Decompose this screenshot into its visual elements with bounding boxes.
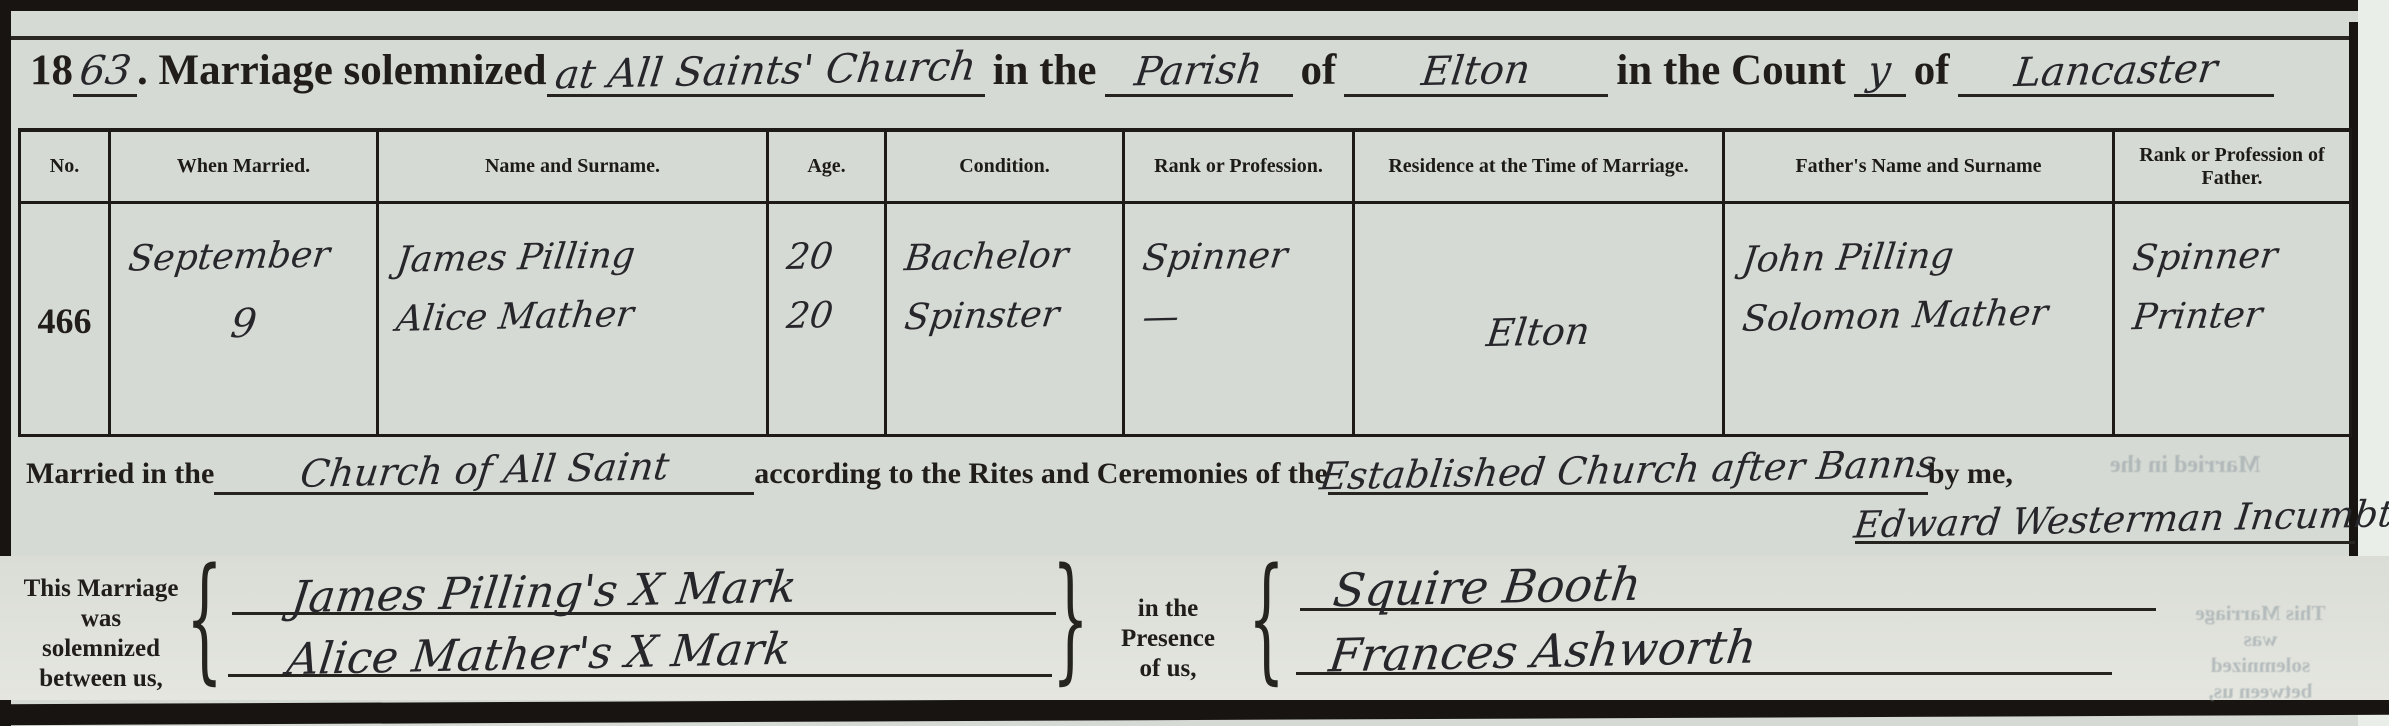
witness-1-signature: Squire Booth xyxy=(1330,557,1644,617)
bride-name: Alice Mather xyxy=(394,291,769,340)
groom-mark-signature: James Pilling's X Mark xyxy=(288,562,799,624)
marriage-register-page: 18 63 . Marriage solemnized at All Saint… xyxy=(0,0,2389,726)
according-label: according to the Rites and Ceremonies of… xyxy=(754,457,1328,491)
groom-age: 20 xyxy=(784,235,886,278)
header-no: No. xyxy=(21,132,111,201)
officiant-signature-line: Edward Westerman Incumbt xyxy=(1855,498,2355,544)
place-written: at All Saints' Church xyxy=(553,44,979,99)
entry-number: 466 xyxy=(21,300,108,342)
brace-open-parties: { xyxy=(186,538,223,698)
county-blank: Lancaster xyxy=(1958,48,2274,97)
scan-rule-top xyxy=(0,36,2389,40)
table-row: 466 September 9 James Pilling Alice Math… xyxy=(21,204,2349,434)
rite-written: Established Church after Banns xyxy=(1317,442,1938,499)
witness-2-line: Frances Ashworth xyxy=(1296,672,2112,675)
parish-name-written: Elton xyxy=(1419,47,1533,95)
header-name-surname: Name and Surname. xyxy=(379,132,769,201)
header-father-profession: Rank or Profession of Father. xyxy=(2115,132,2349,201)
cell-names: James Pilling Alice Mather xyxy=(379,204,769,434)
county-y-blank: y xyxy=(1854,48,1906,97)
bleedthrough-rites-label: Married in the xyxy=(2110,452,2261,479)
header-father-name: Father's Name and Surname xyxy=(1725,132,2115,201)
place-blank: at All Saints' Church xyxy=(547,48,985,97)
church-blank: Church of All Saint xyxy=(214,448,754,495)
groom-profession: Spinner xyxy=(1140,234,1354,279)
parish-word-written: Parish xyxy=(1132,47,1265,96)
when-married-day: 9 xyxy=(228,301,259,348)
bride-profession: — xyxy=(1140,293,1354,338)
groom-father-profession: Spinner xyxy=(2130,234,2351,280)
brace-close-parties: } xyxy=(1052,538,1089,698)
register-heading: 18 63 . Marriage solemnized at All Saint… xyxy=(30,46,2340,97)
by-me-label: by me, xyxy=(1928,457,2013,491)
groom-condition: Bachelor xyxy=(902,234,1124,280)
rites-line: Married in the Church of All Saint accor… xyxy=(26,448,2356,495)
married-in-the-label: Married in the xyxy=(26,457,214,491)
bride-mark-line: Alice Mather's X Mark xyxy=(228,674,1052,677)
rite-blank: Established Church after Banns xyxy=(1328,448,1928,495)
header-residence: Residence at the Time of Marriage. xyxy=(1355,132,1725,201)
parish-blank: Parish xyxy=(1105,48,1293,97)
cell-professions: Spinner — xyxy=(1125,204,1355,434)
cell-residence: Elton xyxy=(1355,204,1725,434)
witness-2-signature: Frances Ashworth xyxy=(1326,620,1759,683)
bride-age: 20 xyxy=(784,294,886,337)
church-written: Church of All Saint xyxy=(297,444,671,496)
when-married-month: September xyxy=(126,233,379,279)
cell-when-married: September 9 xyxy=(111,204,379,434)
groom-name: James Pilling xyxy=(394,232,769,281)
heading-county-prefix: in the Count xyxy=(1608,46,1853,95)
year-blank: 63 xyxy=(73,48,137,97)
presence-label: in the Presence of us, xyxy=(1098,594,1238,684)
year-written: 63 xyxy=(77,47,134,94)
header-age: Age. xyxy=(769,132,887,201)
header-rank-profession: Rank or Profession. xyxy=(1125,132,1355,201)
table-header-row: No. When Married. Name and Surname. Age.… xyxy=(21,132,2349,204)
residence-value: Elton xyxy=(1484,309,1592,355)
bride-condition: Spinster xyxy=(902,293,1124,339)
cell-father-professions: Spinner Printer xyxy=(2115,204,2349,434)
bride-mark-signature: Alice Mather's X Mark xyxy=(284,624,793,686)
bride-father-name: Solomon Mather xyxy=(1740,291,2115,340)
bleedthrough-marriage-label: This Marriage was solemnized between us, xyxy=(2168,600,2353,704)
groom-father-name: John Pilling xyxy=(1740,232,2115,281)
parish-name-blank: Elton xyxy=(1344,48,1608,97)
header-when-married: When Married. xyxy=(111,132,379,201)
cell-ages: 20 20 xyxy=(769,204,887,434)
this-marriage-label: This Marriage was solemnized between us, xyxy=(16,574,186,694)
witness-1-line: Squire Booth xyxy=(1300,608,2156,611)
heading-title: . Marriage solemnized xyxy=(137,46,547,95)
brace-open-witnesses: { xyxy=(1248,538,1285,698)
signatures-section: This Marriage was solemnized between us,… xyxy=(0,556,2389,700)
county-written: Lancaster xyxy=(2012,46,2220,96)
bride-father-profession: Printer xyxy=(2130,293,2351,339)
county-y-written: y xyxy=(1866,48,1894,94)
officiant-signature: Edward Westerman Incumbt xyxy=(1852,492,2389,546)
groom-mark-line: James Pilling's X Mark xyxy=(232,612,1056,615)
year-printed: 18 xyxy=(30,46,73,95)
heading-of-1: of xyxy=(1293,46,1345,95)
header-condition: Condition. xyxy=(887,132,1125,201)
heading-in-the: in the xyxy=(985,46,1105,95)
cell-conditions: Bachelor Spinster xyxy=(887,204,1125,434)
register-table: No. When Married. Name and Surname. Age.… xyxy=(18,128,2352,437)
heading-of-2: of xyxy=(1906,46,1958,95)
scan-border-top xyxy=(0,0,2389,11)
cell-father-names: John Pilling Solomon Mather xyxy=(1725,204,2115,434)
cell-no: 466 xyxy=(21,204,111,434)
